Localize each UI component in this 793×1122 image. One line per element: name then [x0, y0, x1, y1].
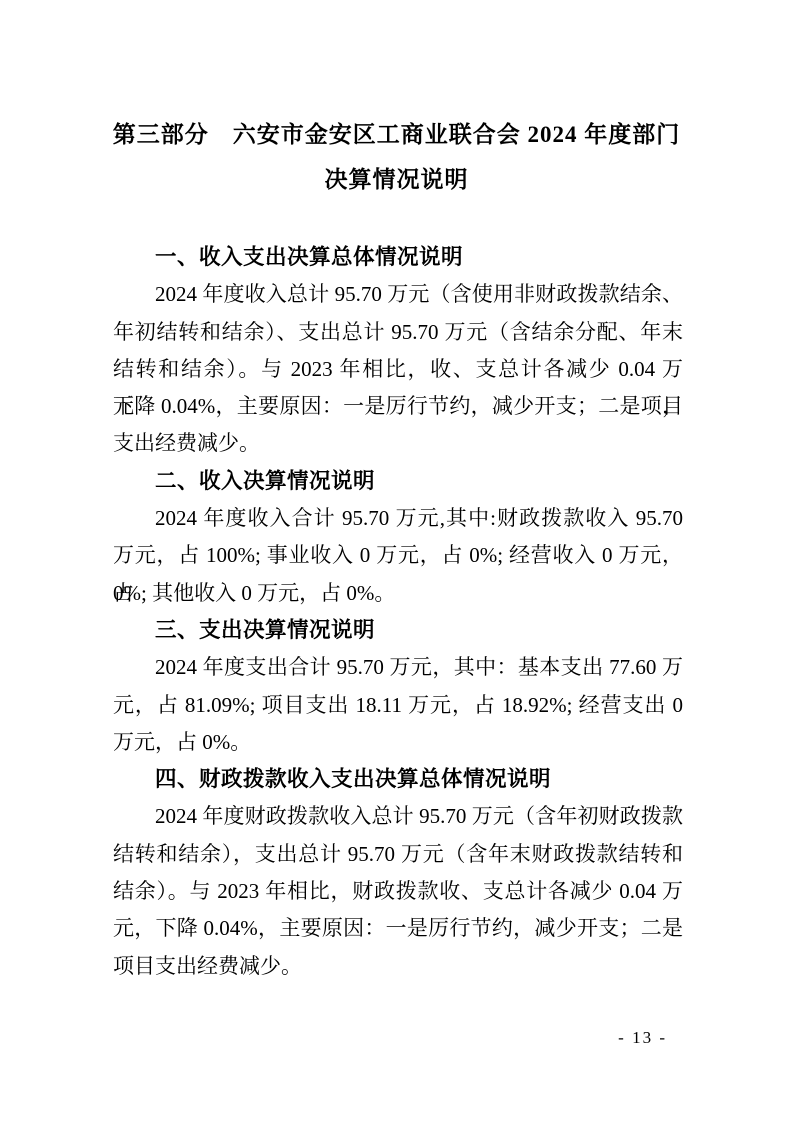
title-line-2: 决算情况说明	[110, 157, 683, 202]
document-body: 一、收入支出决算总体情况说明 2024 年度收入总计 95.70 万元（含使用非…	[113, 239, 683, 985]
section-4-heading: 四、财政拨款收入支出决算总体情况说明	[113, 761, 683, 798]
paragraph-line: 结转和结余），支出总计 95.70 万元（含年末财政拨款结转和	[113, 836, 683, 873]
paragraph-line: 结转和结余）。与 2023 年相比，收、支总计各减少 0.04 万元，	[113, 351, 683, 388]
paragraph-line: 0%; 其他收入 0 万元，占 0%。	[113, 575, 683, 612]
paragraph-line: 元，下降 0.04%，主要原因：一是厉行节约，减少开支；二是	[113, 910, 683, 947]
paragraph-line: 2024 年度财政拨款收入总计 95.70 万元（含年初财政拨款	[113, 798, 683, 835]
paragraph-line: 项目支出经费减少。	[113, 948, 683, 985]
paragraph-line: 2024 年度支出合计 95.70 万元，其中：基本支出 77.60 万	[113, 649, 683, 686]
document-title: 第三部分 六安市金安区工商业联合会 2024 年度部门 决算情况说明	[110, 112, 683, 202]
title-line-1: 第三部分 六安市金安区工商业联合会 2024 年度部门	[110, 112, 683, 157]
paragraph-line: 年初结转和结余）、支出总计 95.70 万元（含结余分配、年末	[113, 314, 683, 351]
document-page: 第三部分 六安市金安区工商业联合会 2024 年度部门 决算情况说明 一、收入支…	[0, 0, 793, 1122]
paragraph-line: 2024 年度收入总计 95.70 万元（含使用非财政拨款结余、	[113, 276, 683, 313]
paragraph-line: 下降 0.04%，主要原因：一是厉行节约，减少开支；二是项目	[113, 388, 683, 425]
paragraph-line: 万元，占 0%。	[113, 724, 683, 761]
paragraph-line: 结余）。与 2023 年相比，财政拨款收、支总计各减少 0.04 万	[113, 873, 683, 910]
section-1-heading: 一、收入支出决算总体情况说明	[113, 239, 683, 276]
section-3-heading: 三、支出决算情况说明	[113, 612, 683, 649]
paragraph-line: 支出经费减少。	[113, 425, 683, 462]
paragraph-line: 万元，占 100%; 事业收入 0 万元，占 0%; 经营收入 0 万元，占	[113, 537, 683, 574]
page-number: - 13 -	[618, 1028, 667, 1048]
section-2-heading: 二、收入决算情况说明	[113, 463, 683, 500]
paragraph-line: 2024 年度收入合计 95.70 万元,其中:财政拨款收入 95.70	[113, 500, 683, 537]
paragraph-line: 元，占 81.09%; 项目支出 18.11 万元，占 18.92%; 经营支出…	[113, 687, 683, 724]
